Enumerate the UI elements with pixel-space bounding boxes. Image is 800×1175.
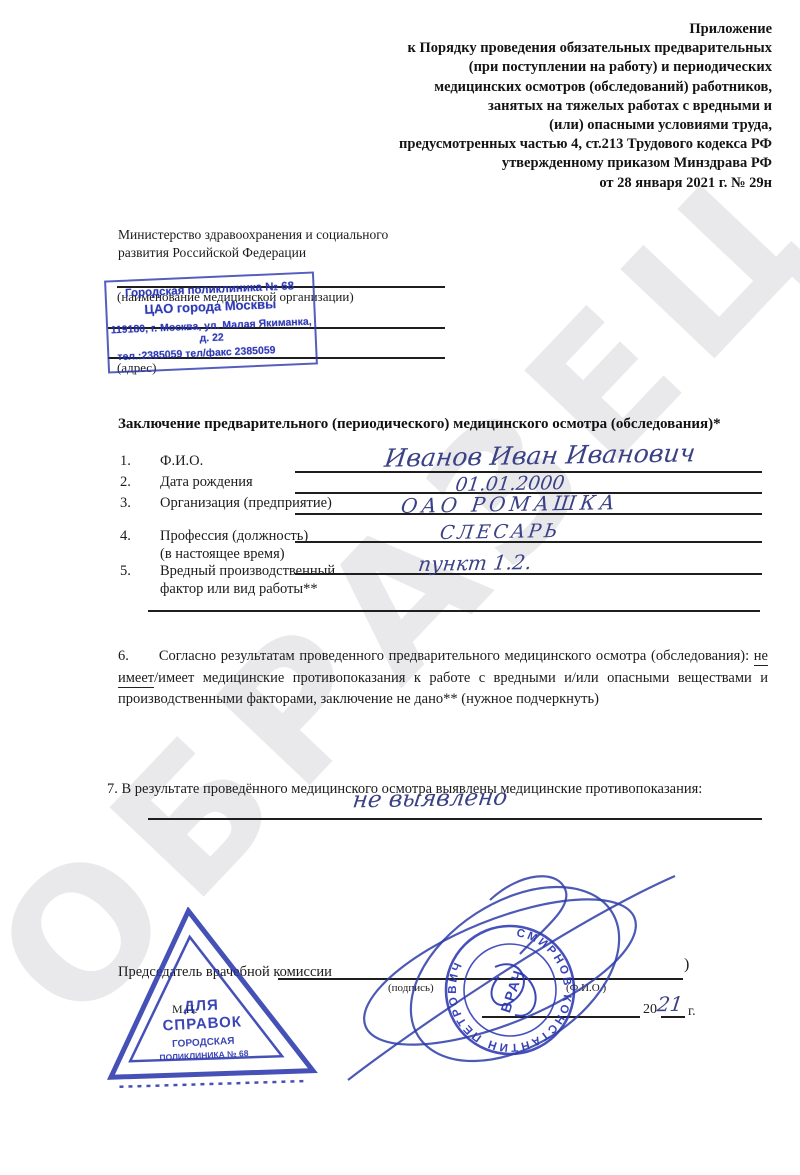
paragraph-6-text-after: /имеет медицинские противопоказания к ра… <box>118 670 768 708</box>
item3-number: 3. <box>120 495 131 512</box>
ministry-block: Министерство здравоохранения и социально… <box>118 226 448 261</box>
header-line: (или) опасными условиями труда, <box>302 116 772 135</box>
year-suffix: г. <box>688 1004 696 1020</box>
item2-label: Дата рождения <box>160 474 253 491</box>
ministry-line: Министерство здравоохранения и социально… <box>118 226 448 244</box>
header-line: к Порядку проведения обязательных предва… <box>302 39 772 58</box>
item5-label: Вредный производственный <box>160 563 335 580</box>
header-line: (при поступлении на работу) и периодичес… <box>302 58 772 77</box>
ministry-line: развития Российской Федерации <box>118 244 448 262</box>
paragraph-6-number: 6. <box>118 648 129 664</box>
item5-number: 5. <box>120 563 131 580</box>
item4-handwritten-value: СЛЕСАРЬ <box>388 519 611 545</box>
clinic-rectangle-stamp: Городская поликлиника № 68 ЦАО города Мо… <box>104 271 318 373</box>
paragraph-6-text: Согласно результатам проведенного предва… <box>159 648 754 664</box>
header-line: Приложение <box>302 20 772 39</box>
paragraph-7-handwritten-value: не выявлено <box>288 784 572 815</box>
triangle-stamp-line1: ДЛЯ <box>183 997 219 1016</box>
triangle-stamp-line4: ПОЛИКЛИНИКА № 68 <box>159 1048 249 1063</box>
header-line: занятых на тяжелых работах с вредными и <box>302 97 772 116</box>
triangle-stamp-line3: ГОРОДСКАЯ <box>172 1036 235 1050</box>
document-title: Заключение предварительного (периодическ… <box>118 416 770 433</box>
triangle-stamp-base-dashes <box>119 1077 305 1091</box>
item4-number: 4. <box>120 528 131 545</box>
header-line: медицинских осмотров (обследований) рабо… <box>302 78 772 97</box>
item1-number: 1. <box>120 453 131 470</box>
item5-handwritten-value: пункт 1.2. <box>373 549 576 576</box>
triangle-stamp: ДЛЯ СПРАВОК ГОРОДСКАЯ ПОЛИКЛИНИКА № 68 <box>96 900 321 1097</box>
header-line: от 28 января 2021 г. № 29н <box>302 174 772 193</box>
item1-label: Ф.И.О. <box>160 453 203 470</box>
triangle-stamp-line2: СПРАВОК <box>162 1013 242 1034</box>
header-line: предусмотренных частью 4, ст.213 Трудово… <box>302 135 772 154</box>
item4-label: Профессия (должность) <box>160 528 308 545</box>
item5-extra-fill-line <box>148 610 760 612</box>
paragraph-7-fill-line <box>148 818 762 820</box>
signature-loop-2 <box>379 862 650 1092</box>
header-line: утвержденному приказом Минздрава РФ <box>302 154 772 173</box>
paragraph-6: 6.Согласно результатам проведенного пред… <box>118 646 768 711</box>
item1-handwritten-value: Иванов Иван Иванович <box>348 438 732 474</box>
item5-label2: фактор или вид работы** <box>160 581 318 598</box>
document-page: ОБРАЗЕЦ Приложение к Порядку проведения … <box>0 0 800 1175</box>
header-legal-reference: Приложение к Порядку проведения обязател… <box>302 20 772 193</box>
signature-flourish <box>340 862 685 1092</box>
item2-number: 2. <box>120 474 131 491</box>
item3-label: Организация (предприятие) <box>160 495 332 512</box>
item4-label2: (в настоящее время) <box>160 546 285 563</box>
